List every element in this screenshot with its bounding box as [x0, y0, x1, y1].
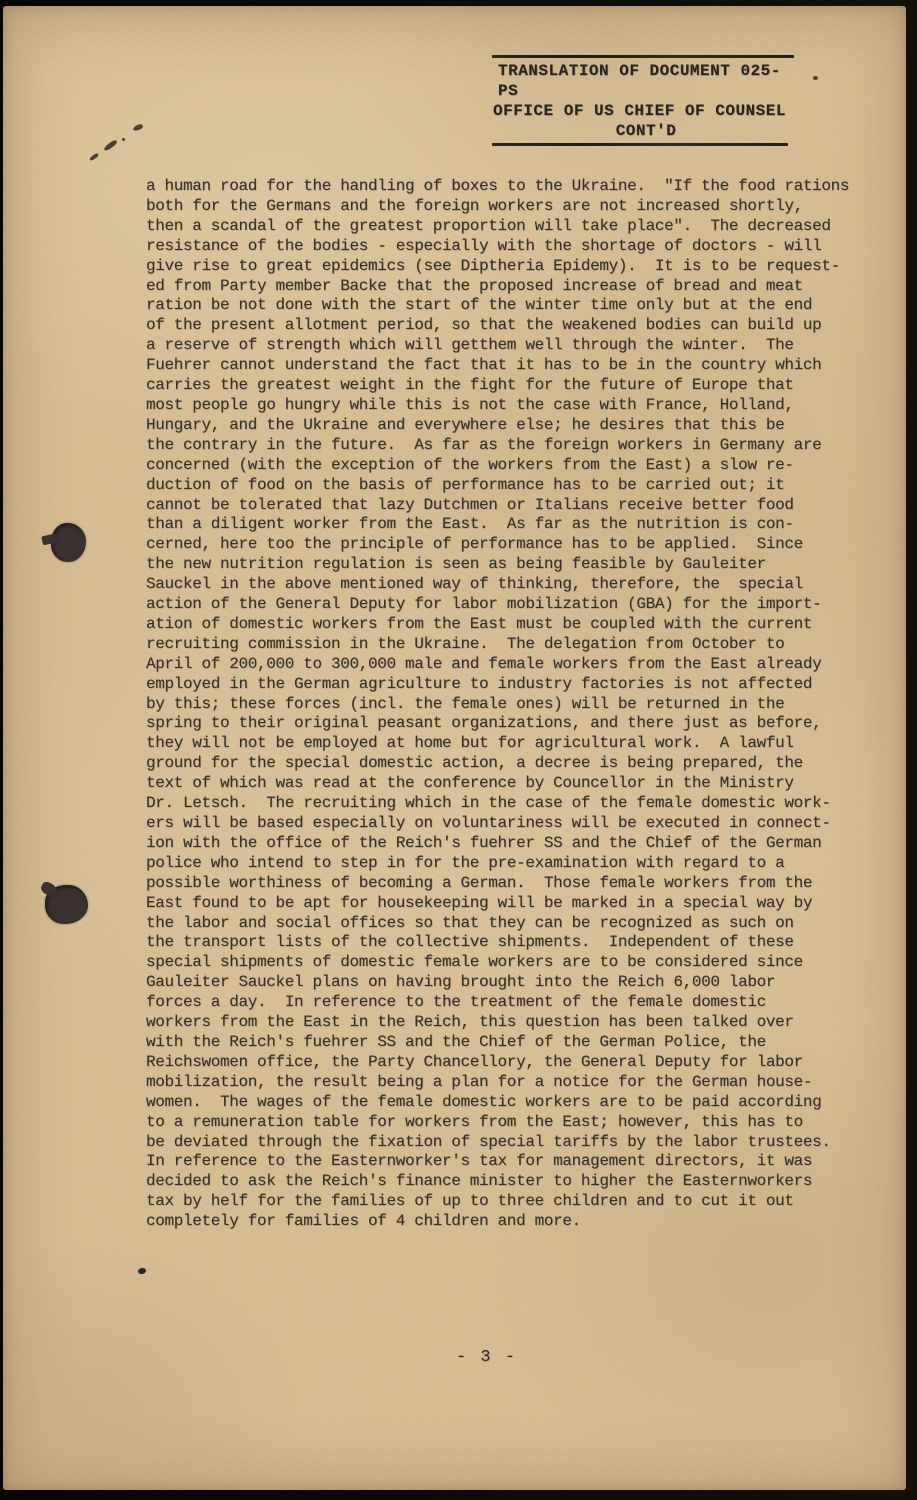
- header-title-line2: OFFICE OF US CHIEF OF COUNSEL: [492, 101, 800, 121]
- header-title-line1: TRANSLATION OF DOCUMENT 025-PS: [492, 61, 800, 101]
- punch-hole: [45, 885, 88, 924]
- ink-speck: [138, 1267, 147, 1274]
- document-header-stamp: TRANSLATION OF DOCUMENT 025-PS OFFICE OF…: [492, 55, 800, 146]
- pencil-mark: [103, 139, 118, 152]
- punch-hole: [51, 523, 86, 562]
- scanned-page-background: TRANSLATION OF DOCUMENT 025-PS OFFICE OF…: [0, 0, 917, 1500]
- pencil-mark: [132, 123, 143, 131]
- page-number: - 3 -: [456, 1348, 517, 1367]
- pencil-mark: [89, 153, 100, 162]
- header-title-line3: CONT'D: [492, 121, 800, 141]
- pencil-mark: [122, 138, 125, 141]
- header-top-rule: [492, 55, 794, 58]
- document-page: TRANSLATION OF DOCUMENT 025-PS OFFICE OF…: [3, 6, 906, 1490]
- ink-speck: [813, 76, 818, 80]
- document-body-text: a human road for the handling of boxes t…: [146, 177, 849, 1232]
- header-bottom-rule: [492, 143, 788, 146]
